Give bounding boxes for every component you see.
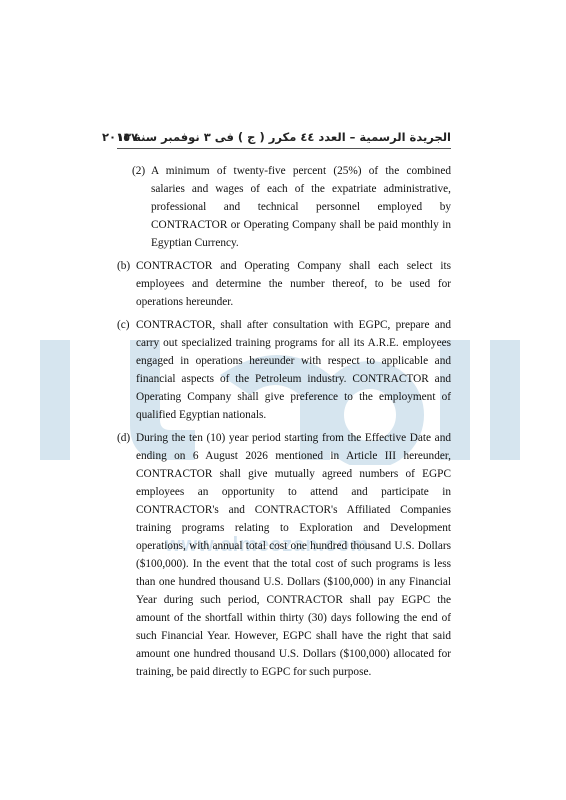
clause-c: (c) CONTRACTOR, shall after consultation…: [117, 316, 451, 424]
clause-label: (c): [117, 316, 130, 334]
clause-text: CONTRACTOR, shall after consultation wit…: [117, 316, 451, 424]
clause-b: (b) CONTRACTOR and Operating Company sha…: [117, 257, 451, 311]
clause-text: During the ten (10) year period starting…: [117, 429, 451, 681]
page-header: الجريدة الرسمية – العدد ٤٤ مكرر ( ج ) فى…: [117, 128, 451, 148]
clause-2: (2) A minimum of twenty-five percent (25…: [117, 162, 451, 252]
clause-d: (d) During the ten (10) year period star…: [117, 429, 451, 681]
page-number: ١٣٧: [117, 130, 138, 144]
header-rule: [117, 148, 451, 149]
clause-label: (2): [132, 162, 145, 180]
clause-text: A minimum of twenty-five percent (25%) o…: [132, 162, 451, 252]
clause-label: (b): [117, 257, 130, 275]
clause-label: (d): [117, 429, 130, 447]
clause-text: CONTRACTOR and Operating Company shall e…: [117, 257, 451, 311]
document-body: (2) A minimum of twenty-five percent (25…: [117, 162, 451, 686]
gazette-title: الجريدة الرسمية – العدد ٤٤ مكرر ( ج ) فى…: [102, 130, 451, 144]
